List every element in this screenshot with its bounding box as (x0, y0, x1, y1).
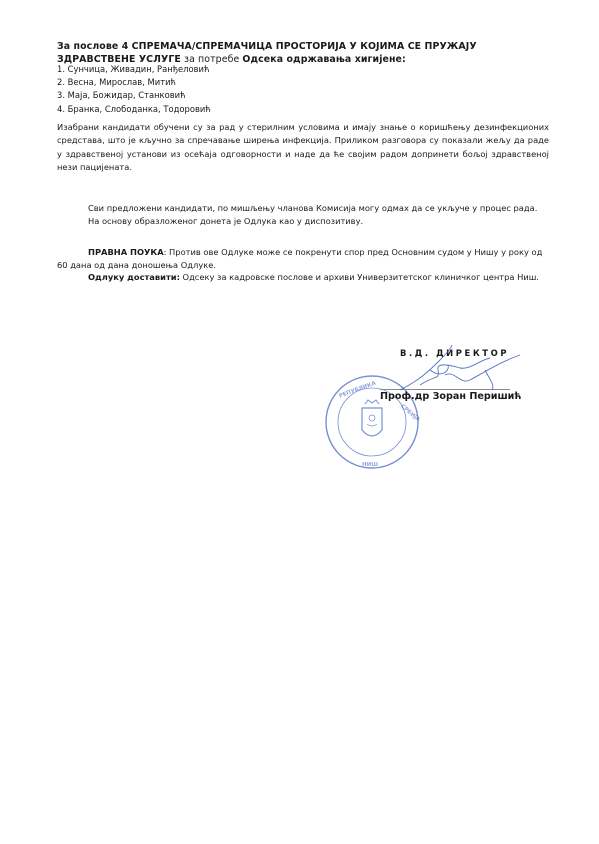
svg-text:НИШ: НИШ (362, 462, 378, 468)
list-item: 2. Весна, Мирослав, Митић (57, 76, 211, 89)
heading-department: Одсека одржавања хигијене: (242, 54, 405, 65)
list-item: 4. Бранка, Слободанка, Тодоровић (57, 103, 211, 116)
delivery-text: Одсеку за кадровске послове и архиви Уни… (180, 272, 539, 282)
signatory-name: Проф.др Зоран Перишић (380, 391, 521, 402)
delivery-label: Одлуку доставити: (88, 272, 180, 282)
candidate-list: 1. Сунчица, Живадин, Ранђеловић 2. Весна… (57, 63, 211, 116)
document-page: За послове 4 СПРЕМАЧА/СПРЕМАЧИЦА ПРОСТОР… (0, 0, 599, 844)
justification-paragraph: Изабрани кандидати обучени су за рад у с… (57, 121, 549, 174)
svg-text:СРБИЈА: СРБИЈА (399, 404, 421, 424)
list-item: 3. Маја, Божидар, Станковић (57, 89, 211, 102)
legal-notice: ПРАВНА ПОУКА: Против ове Одлуке може се … (57, 246, 545, 272)
commission-line-1: Сви предложени кандидати, по мишљењу чла… (88, 202, 537, 215)
commission-paragraph: Сви предложени кандидати, по мишљењу чла… (88, 202, 537, 229)
legal-notice-label: ПРАВНА ПОУКА (88, 247, 164, 257)
delivery-note: Одлуку доставити: Одсеку за кадровске по… (88, 272, 539, 282)
svg-text:РЕПУБЛИКА: РЕПУБЛИКА (338, 380, 377, 399)
list-item: 1. Сунчица, Живадин, Ранђеловић (57, 63, 211, 76)
commission-line-2: На основу образложеног донета је Одлука … (88, 215, 537, 228)
